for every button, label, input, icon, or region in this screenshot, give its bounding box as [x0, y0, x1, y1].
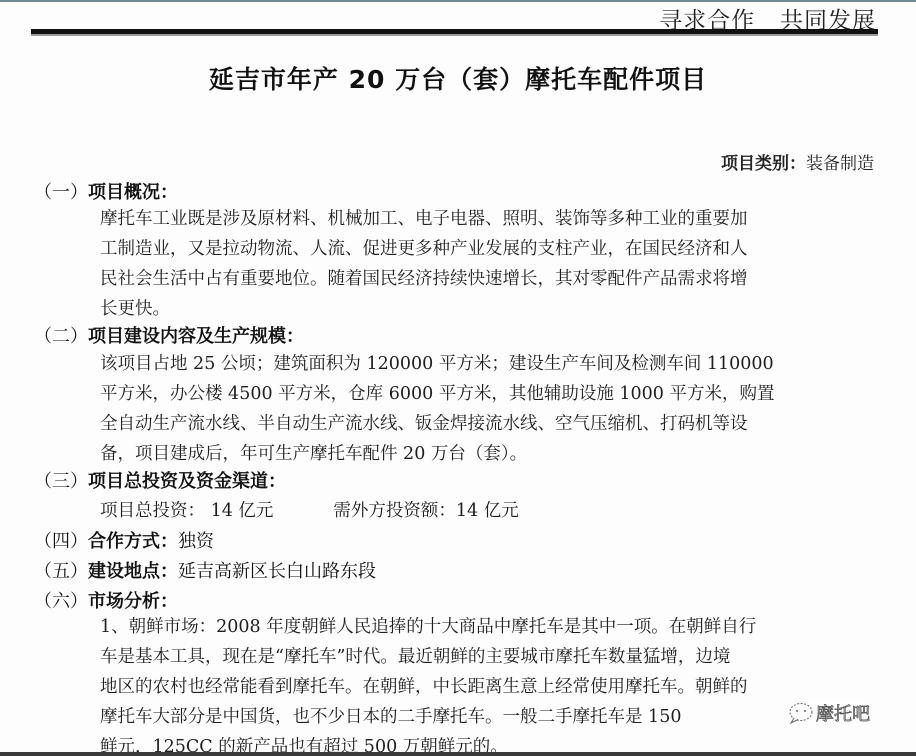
investment-row: 项目总投资： 14 亿元需外方投资额：14 亿元: [100, 497, 519, 522]
body-line: 民社会生活中占有重要地位。随着国民经济持续快速增长，其对零配件产品需求将增: [100, 264, 880, 294]
section-title: 合作方式：: [88, 531, 178, 552]
section-body-overview: 摩托车工业既是涉及原材料、机械加工、电子电器、照明、装饰等多种工业的重要加 工制…: [100, 204, 880, 324]
header-rule: [31, 29, 878, 36]
watermark: 摩托吧: [788, 700, 870, 726]
chat-bubble-icon: [788, 702, 814, 724]
total-investment-label: 项目总投资：: [100, 501, 205, 521]
body-line: 全自动生产流水线、半自动生产流水线、钣金焊接流水线、空气压缩机、打码机等设: [100, 409, 880, 439]
body-line: 长更快。: [100, 294, 880, 324]
body-line: 工制造业，又是拉动物流、人流、促进更多种产业发展的支柱产业，在国民经济和人: [100, 234, 880, 264]
project-category: 项目类别：装备制造: [721, 149, 874, 174]
document-title: 延吉市年产 20 万台（套）摩托车配件项目: [0, 60, 916, 96]
section-number: （二）: [34, 326, 88, 347]
body-line: 平方米，办公楼 4500 平方米，仓库 6000 平方米，其他辅助设施 1000…: [100, 379, 880, 409]
section-number: （一）: [34, 182, 88, 203]
section-heading-cooperation: （四）合作方式：独资: [34, 527, 214, 553]
body-line: 摩托车大部分是中国货，也不少日本的二手摩托车。一般二手摩托车是 150: [100, 702, 880, 732]
watermark-text: 摩托吧: [816, 700, 870, 726]
category-label: 项目类别：: [721, 154, 806, 174]
body-line: 备，项目建成后，年可生产摩托车配件 20 万台（套）。: [100, 439, 880, 469]
body-line: 1、朝鲜市场：2008 年度朝鲜人民追捧的十大商品中摩托车是其中一项。在朝鲜自行: [100, 612, 880, 642]
section-title: 项目总投资及资金渠道：: [88, 471, 286, 492]
bottom-bar: [0, 752, 916, 756]
section-heading-market: （六）市场分析：: [34, 587, 178, 613]
section-number: （三）: [34, 471, 88, 492]
body-line: 摩托车工业既是涉及原材料、机械加工、电子电器、照明、装饰等多种工业的重要加: [100, 204, 880, 234]
body-line: 该项目占地 25 公顷；建筑面积为 120000 平方米；建设生产车间及检测车间…: [100, 349, 880, 379]
section-title: 建设地点：: [88, 561, 178, 582]
section-title: 项目概况：: [88, 182, 178, 203]
section-title: 项目建设内容及生产规模：: [88, 326, 304, 347]
section-body-construction: 该项目占地 25 公顷；建筑面积为 120000 平方米；建设生产车间及检测车间…: [100, 349, 880, 469]
section-number: （六）: [34, 591, 88, 612]
foreign-investment-label: 需外方投资额：: [333, 501, 456, 521]
section-number: （四）: [34, 531, 88, 552]
foreign-investment-value: 14 亿元: [456, 501, 519, 521]
section-value: 延吉高新区长白山路东段: [178, 561, 376, 582]
section-title: 市场分析：: [88, 591, 178, 612]
total-investment-value: 14 亿元: [205, 501, 273, 521]
section-value: 独资: [178, 531, 214, 552]
section-heading-construction: （二）项目建设内容及生产规模：: [34, 322, 304, 348]
body-line: 车是基本工具，现在是“摩托车”时代。最近朝鲜的主要城市摩托车数量猛增，边境: [100, 642, 880, 672]
body-line: 地区的农村也经常能看到摩托车。在朝鲜，中长距离生意上经常使用摩托车。朝鲜的: [100, 672, 880, 702]
category-value: 装备制造: [806, 154, 874, 174]
section-body-market: 1、朝鲜市场：2008 年度朝鲜人民追捧的十大商品中摩托车是其中一项。在朝鲜自行…: [100, 612, 880, 756]
section-heading-location: （五）建设地点：延吉高新区长白山路东段: [34, 557, 376, 583]
section-heading-investment: （三）项目总投资及资金渠道：: [34, 467, 286, 493]
section-number: （五）: [34, 561, 88, 582]
section-heading-overview: （一）项目概况：: [34, 178, 178, 204]
